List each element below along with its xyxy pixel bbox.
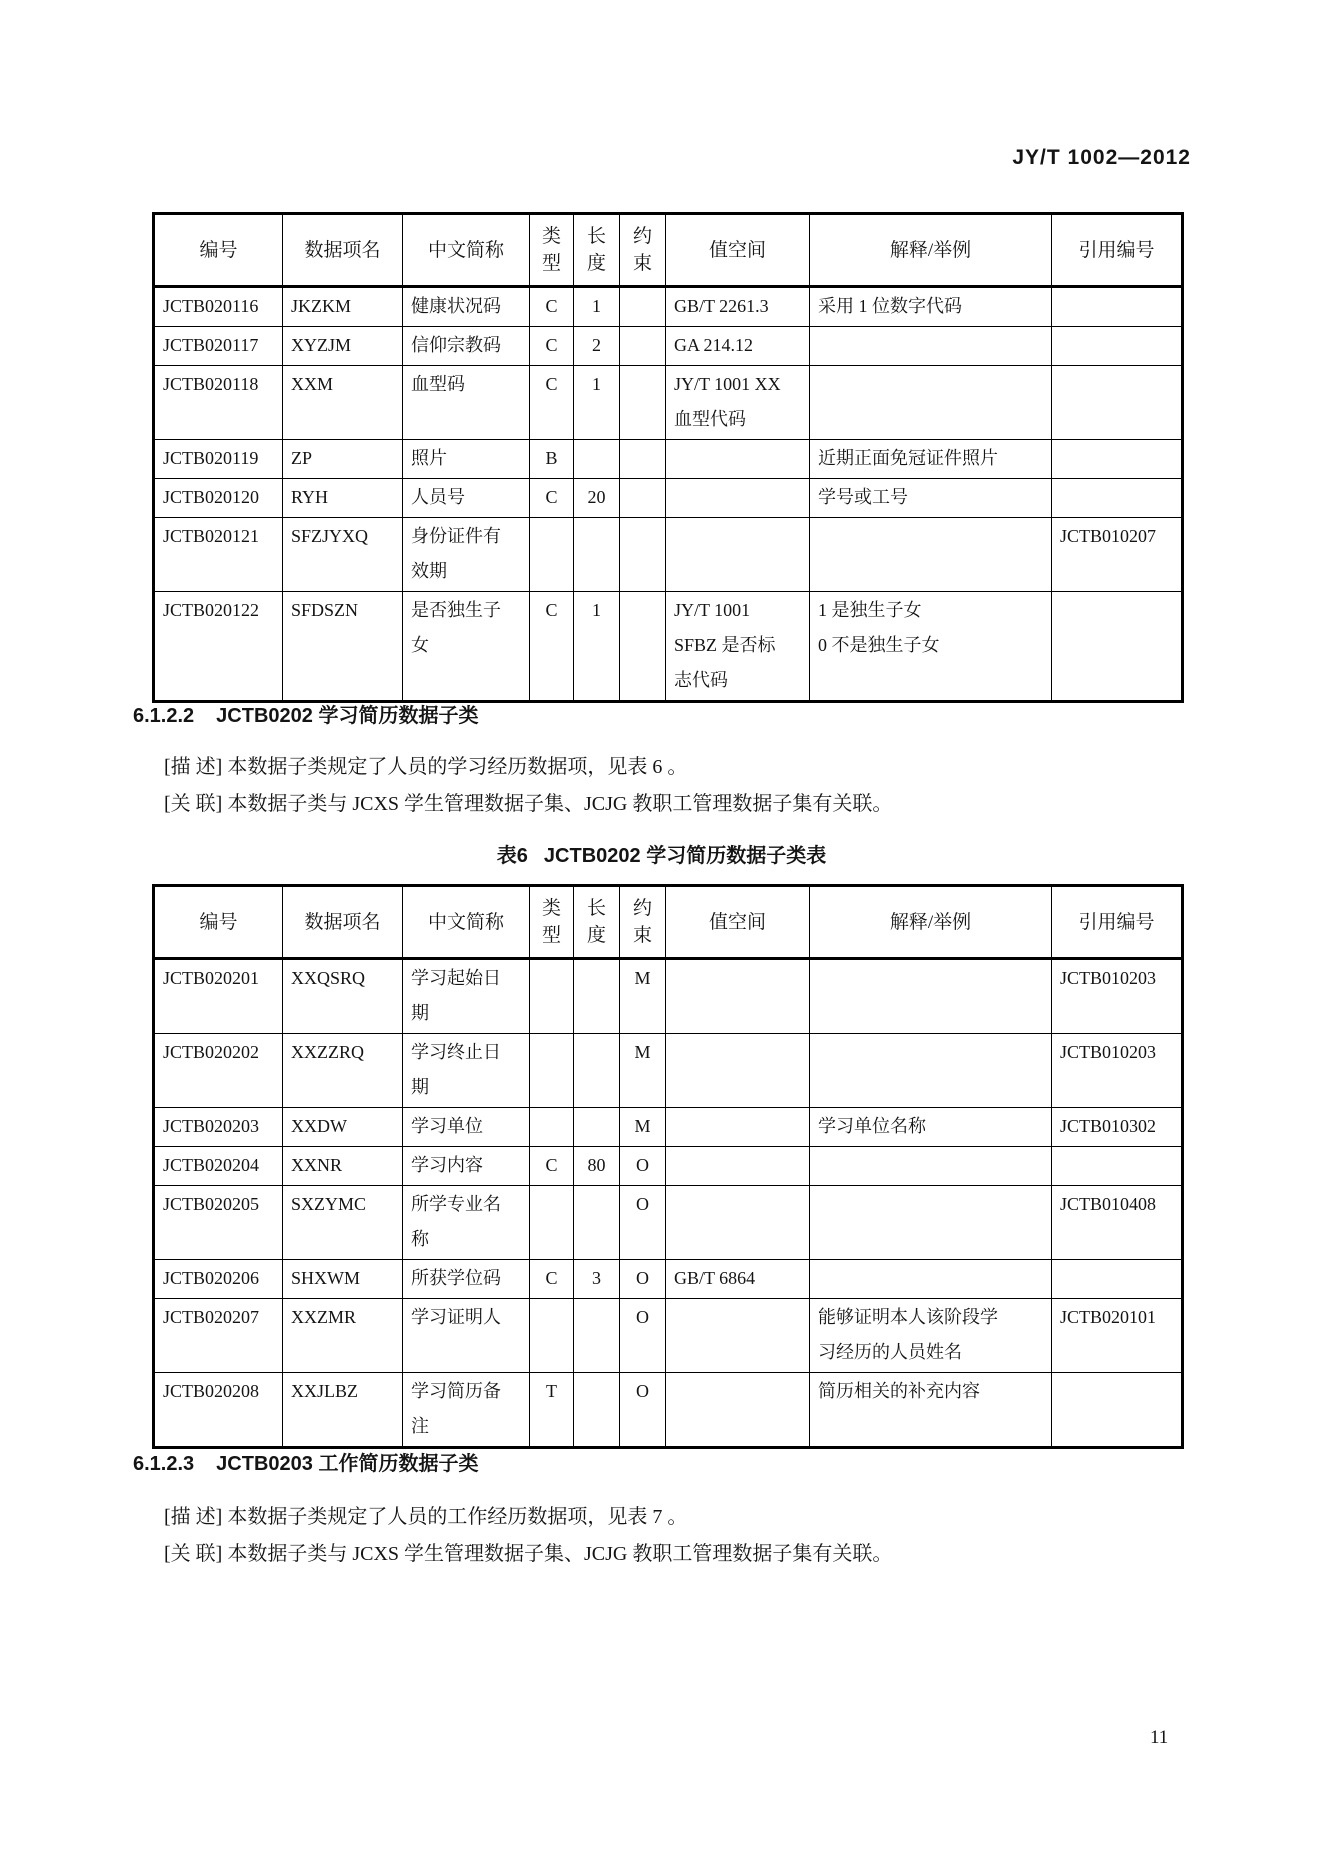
table-row: JCTB020208XXJLBZ学习简历备 注TO简历相关的补充内容 [154,1373,1183,1448]
table-cell [666,479,810,518]
table-cell: XXM [283,366,403,440]
table-cell: 1 [574,287,620,327]
table-cell [574,1034,620,1108]
table-cell: 是否独生子 女 [403,592,530,702]
document-page: JY/T 1002—2012 编号数据项名中文简称类 型长 度约 束值空间解释/… [0,0,1323,1871]
table-header-row: 编号数据项名中文简称类 型长 度约 束值空间解释/举例引用编号 [154,886,1183,959]
column-header: 引用编号 [1052,214,1183,287]
table-cell [530,518,574,592]
column-header: 编号 [154,886,283,959]
table-cell: C [530,479,574,518]
table-cell: JCTB010408 [1052,1186,1183,1260]
table-cell: 学习证明人 [403,1299,530,1373]
table-row: JCTB020122SFDSZN是否独生子 女C1JY/T 1001 SFBZ … [154,592,1183,702]
table-cell: O [620,1147,666,1186]
table-cell [620,518,666,592]
table-cell [666,1373,810,1448]
section-heading-6-1-2-3: 6.1.2.3JCTB0203 工作简历数据子类 [133,1447,478,1476]
table-cell [530,1034,574,1108]
table-cell: JY/T 1001 SFBZ 是否标 志代码 [666,592,810,702]
table-cell: XXZZRQ [283,1034,403,1108]
table-cell: JCTB020204 [154,1147,283,1186]
table-cell: 1 [574,592,620,702]
table-cell: O [620,1299,666,1373]
table-cell [810,1260,1052,1299]
table-cell: XYZJM [283,327,403,366]
table-row: JCTB020117XYZJM信仰宗教码C2GA 214.12 [154,327,1183,366]
column-header: 值空间 [666,886,810,959]
table-cell: C [530,592,574,702]
table-5-personal-basic-data: 编号数据项名中文简称类 型长 度约 束值空间解释/举例引用编号 JCTB0201… [152,212,1184,703]
table-cell [620,366,666,440]
table-cell: 学习简历备 注 [403,1373,530,1448]
table-cell [1052,479,1183,518]
table-cell [1052,287,1183,327]
table-cell [530,1186,574,1260]
table-cell: 近期正面免冠证件照片 [810,440,1052,479]
table-cell [620,479,666,518]
column-header: 类 型 [530,214,574,287]
column-header: 数据项名 [283,214,403,287]
table-cell: M [620,959,666,1034]
table-cell [666,1147,810,1186]
table-cell [810,1186,1052,1260]
table-cell: JCTB010203 [1052,1034,1183,1108]
table-cell: C [530,327,574,366]
table-row: JCTB020119ZP照片B近期正面免冠证件照片 [154,440,1183,479]
table-cell [530,1108,574,1147]
table-cell: T [530,1373,574,1448]
doc-code-header: JY/T 1002—2012 [1012,146,1191,170]
column-header: 类 型 [530,886,574,959]
table-cell: C [530,1260,574,1299]
table-cell: JCTB020118 [154,366,283,440]
table-cell: 健康状况码 [403,287,530,327]
table-cell [1052,366,1183,440]
table-cell [810,959,1052,1034]
table-cell: JKZKM [283,287,403,327]
table-row: JCTB020206SHXWM所获学位码C3OGB/T 6864 [154,1260,1183,1299]
table-cell: 所获学位码 [403,1260,530,1299]
table-row: JCTB020202XXZZRQ学习终止日 期MJCTB010203 [154,1034,1183,1108]
table-cell [620,440,666,479]
table-cell: O [620,1260,666,1299]
table-cell [666,1034,810,1108]
table-cell [1052,1260,1183,1299]
table-cell: JCTB020206 [154,1260,283,1299]
table-cell [1052,327,1183,366]
table-6-study-resume-data: 编号数据项名中文简称类 型长 度约 束值空间解释/举例引用编号 JCTB0202… [152,884,1184,1449]
column-header: 解释/举例 [810,214,1052,287]
table-cell [574,440,620,479]
table-header-row: 编号数据项名中文简称类 型长 度约 束值空间解释/举例引用编号 [154,214,1183,287]
table-cell [574,1186,620,1260]
table-cell [1052,1147,1183,1186]
table-cell [666,1108,810,1147]
table-cell [1052,592,1183,702]
section-title: JCTB0202 学习简历数据子类 [216,705,478,727]
table-cell: JCTB010207 [1052,518,1183,592]
table-cell: O [620,1373,666,1448]
table-5-header: 编号数据项名中文简称类 型长 度约 束值空间解释/举例引用编号 [154,214,1183,287]
table-6-caption-label: 表6 [497,845,528,867]
table-row: JCTB020203XXDW学习单位M学习单位名称JCTB010302 [154,1108,1183,1147]
table-cell: C [530,287,574,327]
table-cell [574,1373,620,1448]
table-cell: 人员号 [403,479,530,518]
table-cell: SHXWM [283,1260,403,1299]
paragraph-description-table7: [描 述] 本数据子类规定了人员的工作经历数据项，见表 7 。 [164,1500,687,1529]
table-cell: JCTB020201 [154,959,283,1034]
table-row: JCTB020118XXM血型码C1JY/T 1001 XX 血型代码 [154,366,1183,440]
table-cell [810,518,1052,592]
table-cell: SXZYMC [283,1186,403,1260]
table-cell: GA 214.12 [666,327,810,366]
table-cell [620,287,666,327]
column-header: 长 度 [574,886,620,959]
table-cell [810,1147,1052,1186]
table-cell: GB/T 6864 [666,1260,810,1299]
column-header: 约 束 [620,214,666,287]
table-cell: JCTB020117 [154,327,283,366]
table-cell [810,366,1052,440]
section-heading-6-1-2-2: 6.1.2.2JCTB0202 学习简历数据子类 [133,699,478,728]
page-number: 11 [1150,1727,1168,1749]
table-row: JCTB020205SXZYMC所学专业名 称OJCTB010408 [154,1186,1183,1260]
table-cell [810,327,1052,366]
table-cell: 学习起始日 期 [403,959,530,1034]
table-cell: JCTB020116 [154,287,283,327]
column-header: 约 束 [620,886,666,959]
table-cell: SFZJYXQ [283,518,403,592]
table-cell [666,518,810,592]
table-cell: 血型码 [403,366,530,440]
table-cell [574,518,620,592]
table-6-body: JCTB020201XXQSRQ学习起始日 期MJCTB010203JCTB02… [154,959,1183,1448]
table-cell [574,1299,620,1373]
table-cell [1052,440,1183,479]
table-cell [666,1186,810,1260]
table-cell: 80 [574,1147,620,1186]
table-cell: 1 [574,366,620,440]
table-cell [620,327,666,366]
table-cell: JCTB020122 [154,592,283,702]
column-header: 数据项名 [283,886,403,959]
table-cell: 学习终止日 期 [403,1034,530,1108]
table-cell: 学习单位 [403,1108,530,1147]
paragraph-description-table6: [描 述] 本数据子类规定了人员的学习经历数据项，见表 6 。 [164,750,687,779]
table-cell: 采用 1 位数字代码 [810,287,1052,327]
table-cell: C [530,1147,574,1186]
table-cell: JCTB020205 [154,1186,283,1260]
table-cell [620,592,666,702]
column-header: 编号 [154,214,283,287]
table-cell: O [620,1186,666,1260]
table-cell: JCTB020101 [1052,1299,1183,1373]
table-cell [530,1299,574,1373]
table-cell: M [620,1034,666,1108]
table-cell: 学习单位名称 [810,1108,1052,1147]
table-cell: JCTB020119 [154,440,283,479]
table-cell: JCTB020207 [154,1299,283,1373]
table-cell: JCTB010203 [1052,959,1183,1034]
table-cell [530,959,574,1034]
table-cell: SFDSZN [283,592,403,702]
table-cell: 20 [574,479,620,518]
table-row: JCTB020120RYH人员号C20学号或工号 [154,479,1183,518]
table-cell: XXJLBZ [283,1373,403,1448]
column-header: 引用编号 [1052,886,1183,959]
table-row: JCTB020204XXNR学习内容C80O [154,1147,1183,1186]
column-header: 值空间 [666,214,810,287]
table-cell [1052,1373,1183,1448]
table-cell: M [620,1108,666,1147]
table-cell: 信仰宗教码 [403,327,530,366]
table-cell: ZP [283,440,403,479]
paragraph-relation-table6: [关 联] 本数据子类与 JCXS 学生管理数据子集、JCJG 教职工管理数据子… [164,787,892,816]
table-6-header: 编号数据项名中文简称类 型长 度约 束值空间解释/举例引用编号 [154,886,1183,959]
table-cell: JCTB020203 [154,1108,283,1147]
table-cell [666,440,810,479]
table-cell: XXNR [283,1147,403,1186]
table-cell [574,959,620,1034]
table-cell: 2 [574,327,620,366]
paragraph-relation-table7: [关 联] 本数据子类与 JCXS 学生管理数据子集、JCJG 教职工管理数据子… [164,1537,892,1566]
table-cell: 照片 [403,440,530,479]
table-cell: 学号或工号 [810,479,1052,518]
table-cell: 能够证明本人该阶段学 习经历的人员姓名 [810,1299,1052,1373]
table-cell: 所学专业名 称 [403,1186,530,1260]
table-row: JCTB020116JKZKM健康状况码C1GB/T 2261.3采用 1 位数… [154,287,1183,327]
table-cell: B [530,440,574,479]
table-cell: JY/T 1001 XX 血型代码 [666,366,810,440]
table-cell [666,959,810,1034]
column-header: 中文简称 [403,214,530,287]
table-cell: JCTB020120 [154,479,283,518]
table-cell: 身份证件有 效期 [403,518,530,592]
table-cell: XXQSRQ [283,959,403,1034]
column-header: 中文简称 [403,886,530,959]
table-cell: 1 是独生子女 0 不是独生子女 [810,592,1052,702]
table-cell: JCTB010302 [1052,1108,1183,1147]
section-title: JCTB0203 工作简历数据子类 [216,1453,478,1475]
table-cell: RYH [283,479,403,518]
table-cell: GB/T 2261.3 [666,287,810,327]
table-cell: JCTB020202 [154,1034,283,1108]
table-5-body: JCTB020116JKZKM健康状况码C1GB/T 2261.3采用 1 位数… [154,287,1183,702]
table-cell: 学习内容 [403,1147,530,1186]
table-cell [574,1108,620,1147]
section-number: 6.1.2.2 [133,705,194,727]
table-cell [666,1299,810,1373]
table-cell [810,1034,1052,1108]
table-row: JCTB020207XXZMR学习证明人O能够证明本人该阶段学 习经历的人员姓名… [154,1299,1183,1373]
table-row: JCTB020121SFZJYXQ身份证件有 效期JCTB010207 [154,518,1183,592]
column-header: 长 度 [574,214,620,287]
table-6-caption-title: JCTB0202 学习简历数据子类表 [544,845,826,867]
table-cell: 3 [574,1260,620,1299]
table-cell: XXZMR [283,1299,403,1373]
table-6-caption: 表6JCTB0202 学习简历数据子类表 [133,839,1190,868]
section-number: 6.1.2.3 [133,1453,194,1475]
table-cell: XXDW [283,1108,403,1147]
table-cell: JCTB020208 [154,1373,283,1448]
table-row: JCTB020201XXQSRQ学习起始日 期MJCTB010203 [154,959,1183,1034]
table-cell: JCTB020121 [154,518,283,592]
table-cell: 简历相关的补充内容 [810,1373,1052,1448]
table-cell: C [530,366,574,440]
column-header: 解释/举例 [810,886,1052,959]
